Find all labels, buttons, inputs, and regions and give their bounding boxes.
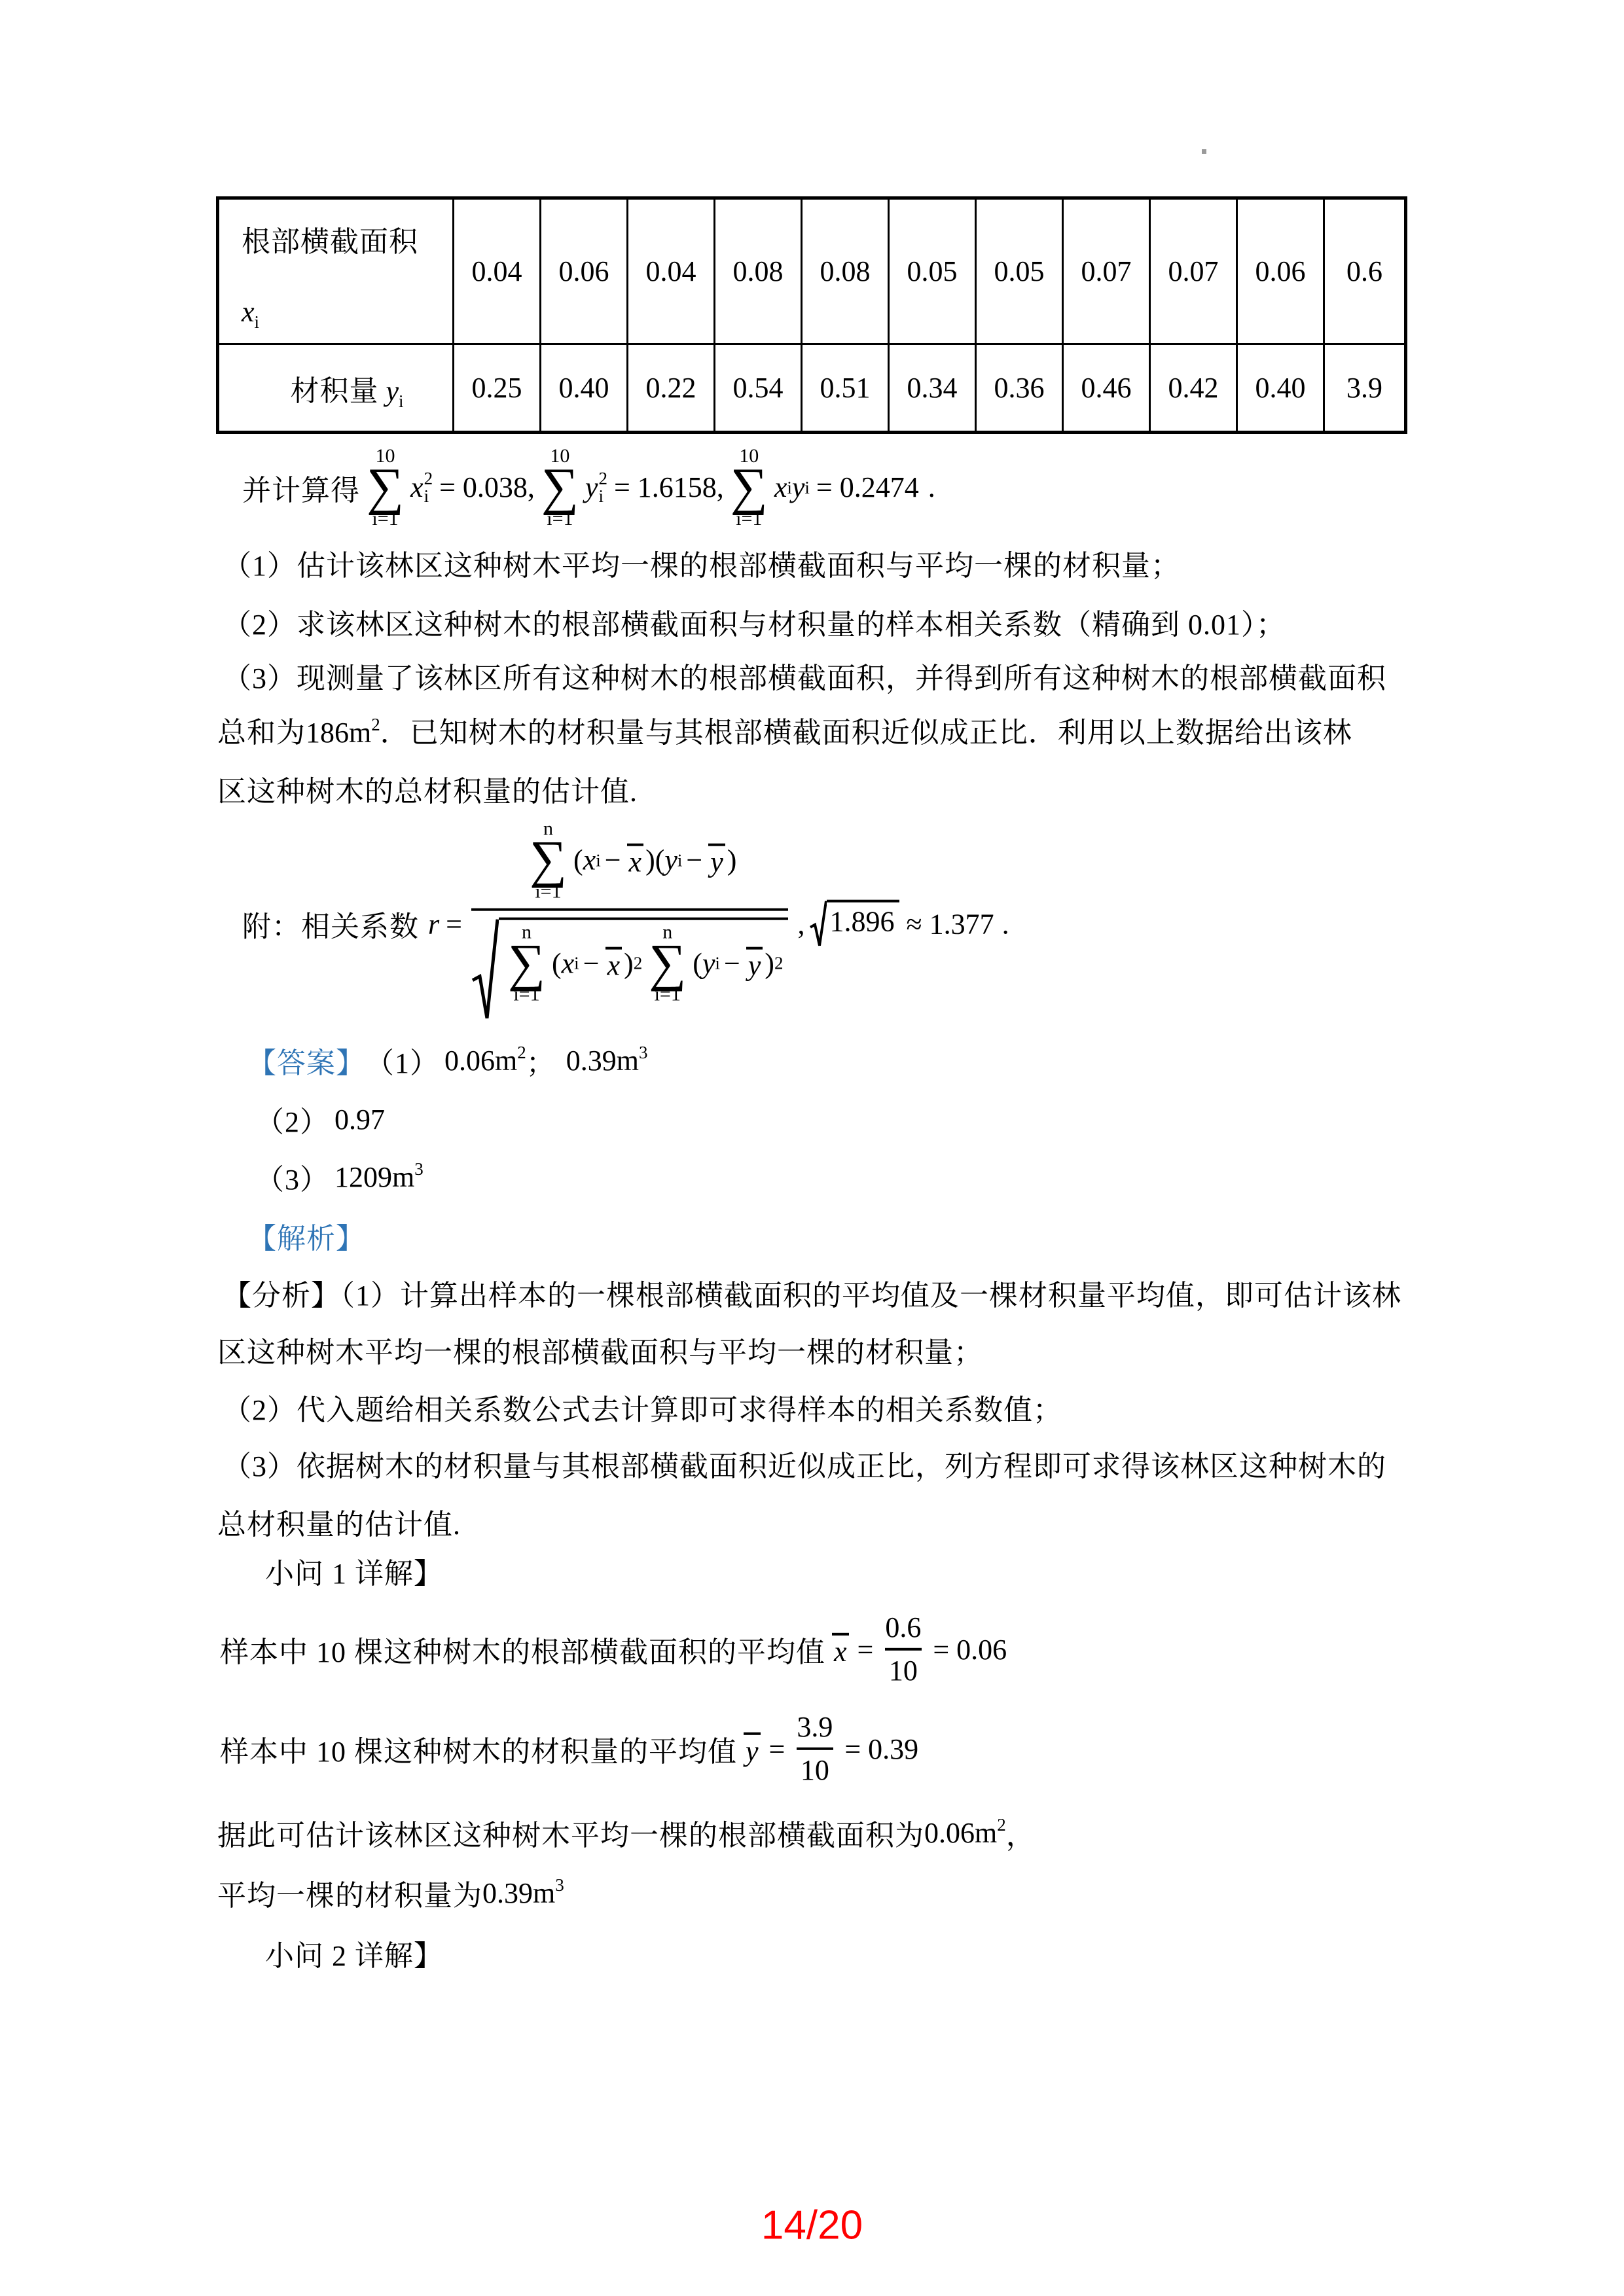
table-cell: 0.22 — [628, 344, 715, 433]
radical-sign — [810, 900, 827, 948]
analysis-line-5: 总材积量的估计值. — [217, 1501, 461, 1543]
conclusion-line-1: 据此可估计该林区这种树木平均一棵的根部横截面积为0.06m2， — [217, 1812, 1036, 1854]
part1-header: 小问 1 详解】 — [265, 1550, 443, 1592]
table-cell: 0.51 — [802, 344, 889, 433]
sum-xy: xiyi = 0.2474 . — [774, 471, 935, 505]
conclusion-line-2: 平均一棵的材积量为0.39m3 — [217, 1872, 564, 1914]
question-1: （1）估计该林区这种树木平均一棵的根部横截面积与平均一棵的材积量； — [223, 542, 1180, 584]
sum-symbol: 10∑i=1 — [367, 446, 404, 529]
sum-x-squared: x2i = 0.038, — [410, 470, 535, 505]
question-3-line1: （3）现测量了该林区所有这种树木的根部横截面积，并得到所有这种树木的根部横截面积 — [223, 655, 1386, 696]
row-label-y-var: yi — [386, 375, 403, 407]
table-cell: 0.07 — [1150, 198, 1237, 344]
sum-symbol: 10∑i=1 — [731, 446, 768, 529]
table-cell: 0.05 — [889, 198, 976, 344]
table-cell: 0.46 — [1063, 344, 1150, 433]
sum-symbol: 10∑i=1 — [541, 446, 579, 529]
stray-mark — [1202, 149, 1206, 154]
table-cell: 0.05 — [976, 198, 1063, 344]
computed-sums-line: 并计算得 10∑i=1 x2i = 0.038, 10∑i=1 y2i = 1.… — [242, 446, 935, 529]
formula-r: r — [428, 908, 439, 941]
answer-1-value-1: 0.06m2 — [444, 1044, 526, 1077]
jiexi-header: 【解析】 — [247, 1215, 365, 1257]
part2-header: 小问 2 详解】 — [265, 1932, 443, 1974]
table-cell: 0.06 — [1237, 198, 1324, 344]
formula-denominator: n∑i=1 (xi −x )2 n∑i=1 (yi −y )2 — [471, 908, 789, 1029]
table-cell: 0.04 — [628, 198, 715, 344]
table-cell: 0.40 — [541, 344, 628, 433]
formula-fraction: n∑i=1 (xi −x )(yi −y ) n∑i=1 — [471, 819, 789, 1030]
row-label-y: 材积量 yi — [218, 344, 454, 433]
table-cell: 0.08 — [802, 198, 889, 344]
table-cell: 0.54 — [715, 344, 802, 433]
correlation-formula: 附：相关系数 r = n∑i=1 (xi −x )(yi −y ) — [242, 819, 1009, 1030]
row-label-y-text: 材积量 — [290, 375, 378, 407]
table-row-cross-section: 根部横截面积 xi 0.04 0.06 0.04 0.08 0.08 0.05 … — [218, 198, 1406, 344]
row-label-x-text: 根部横截面积 — [242, 218, 418, 260]
answer-line-3: （3） 1209m3 — [255, 1156, 424, 1198]
table-cell: 0.08 — [715, 198, 802, 344]
sums-prefix: 并计算得 — [242, 467, 360, 509]
fraction-39-10: 3.9 10 — [793, 1712, 837, 1785]
answer-line-1: 【答案】 （1） 0.06m2 ； 0.39m3 — [247, 1039, 647, 1081]
table-cell: 0.40 — [1237, 344, 1324, 433]
row-label-x: 根部横截面积 xi — [218, 198, 454, 344]
document-page: 根部横截面积 xi 0.04 0.06 0.04 0.08 0.08 0.05 … — [0, 0, 1624, 2296]
table-cell: 0.6 — [1324, 198, 1406, 344]
conclusion-1-value: 0.06m2 — [924, 1816, 1006, 1850]
formula-numerator: n∑i=1 (xi −x )(yi −y ) — [523, 819, 736, 908]
x-bar: x — [832, 1633, 849, 1666]
table-cell: 3.9 — [1324, 344, 1406, 433]
area-total-value: 186m2 — [306, 717, 380, 749]
sample-data-table: 根部横截面积 xi 0.04 0.06 0.04 0.08 0.08 0.05 … — [216, 196, 1407, 434]
answer-header: 【答案】 — [247, 1039, 365, 1081]
formula-prefix: 附：相关系数 — [242, 903, 419, 945]
question-3-line3: 区这种树木的总材积量的估计值. — [217, 768, 638, 810]
answer-1-value-2: 0.39m3 — [566, 1044, 648, 1077]
analysis-line-1: 【分析】（1）计算出样本的一棵根部横截面积的平均值及一棵材积量平均值，即可估计该… — [223, 1272, 1401, 1314]
analysis-line-3: （2）代入题给相关系数公式去计算即可求得样本的相关系数值； — [223, 1386, 1062, 1428]
question-3-line2: 总和为186m2．已知树木的材积量与其根部横截面积近似成正比．利用以上数据给出该… — [217, 709, 1352, 751]
sample-data-table-wrap: 根部横截面积 xi 0.04 0.06 0.04 0.08 0.08 0.05 … — [216, 196, 1407, 434]
table-cell: 0.36 — [976, 344, 1063, 433]
mean-y-line: 样本中 10 棵这种树木的材积量的平均值 y = 3.9 10 = 0.39 — [220, 1712, 918, 1785]
table-cell: 0.25 — [454, 344, 541, 433]
sqrt-1896: 1.896 — [810, 900, 899, 948]
row-label-x-var: xi — [242, 295, 259, 329]
table-cell: 0.42 — [1150, 344, 1237, 433]
table-cell: 0.34 — [889, 344, 976, 433]
radical-sign — [471, 917, 499, 1022]
analysis-line-2: 区这种树木平均一棵的根部横截面积与平均一棵的材积量； — [217, 1329, 983, 1371]
table-cell: 0.04 — [454, 198, 541, 344]
sum-y-squared: y2i = 1.6158, — [585, 470, 724, 505]
answer-2-value: 0.97 — [334, 1103, 385, 1136]
conclusion-2-value: 0.39m3 — [482, 1876, 564, 1910]
table-row-volume: 材积量 yi 0.25 0.40 0.22 0.54 0.51 0.34 0.3… — [218, 344, 1406, 433]
answer-3-value: 1209m3 — [334, 1160, 424, 1194]
fraction-06-10: 0.6 10 — [881, 1613, 925, 1686]
table-cell: 0.06 — [541, 198, 628, 344]
page-number: 14/20 — [0, 2202, 1624, 2249]
analysis-line-4: （3）依据树木的材积量与其根部横截面积近似成正比，列方程即可求得该林区这种树木的 — [223, 1443, 1386, 1484]
table-cell: 0.07 — [1063, 198, 1150, 344]
answer-line-2: （2） 0.97 — [255, 1098, 385, 1140]
question-2: （2）求该林区这种树木的根部横截面积与材积量的样本相关系数（精确到 0.01）； — [223, 601, 1286, 643]
y-bar: y — [744, 1732, 761, 1766]
mean-x-line: 样本中 10 棵这种树木的根部横截面积的平均值 x = 0.6 10 = 0.0… — [220, 1613, 1007, 1686]
